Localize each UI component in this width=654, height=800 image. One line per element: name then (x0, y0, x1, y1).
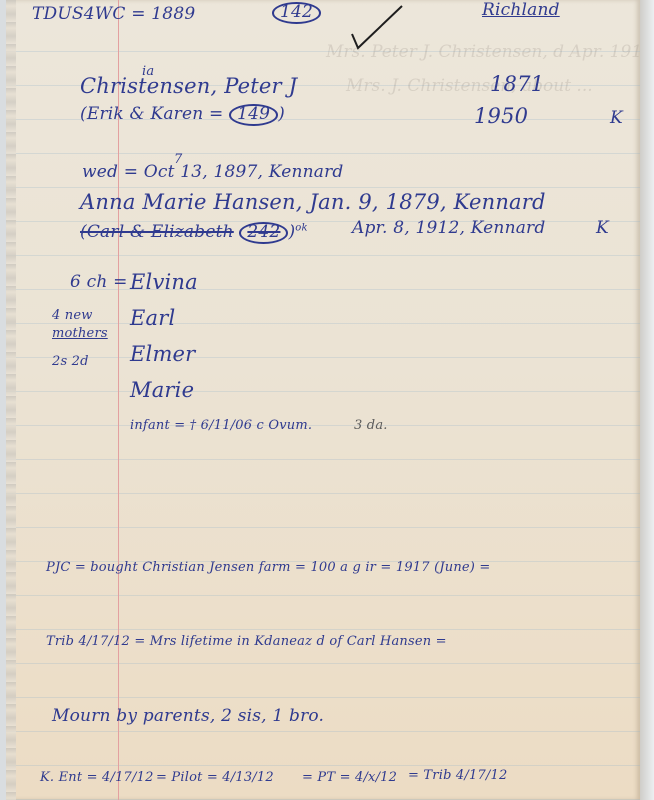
scan-background-right (640, 0, 654, 800)
spouse-death-line: Apr. 8, 1912, Kennard (352, 218, 545, 238)
subject-name-text: Christensen, Peter J (80, 74, 297, 98)
children-count-label: 6 ch = (70, 272, 128, 292)
record-number: 142 (272, 2, 321, 24)
spouse-parents-ref: 242 (239, 222, 288, 244)
children-side-note: 4 new (52, 308, 93, 323)
location: Richland (482, 0, 560, 20)
children-side-note: mothers (52, 326, 108, 341)
infant-pencil-note: 3 da. (354, 418, 388, 433)
child-name: Marie (130, 378, 194, 402)
record-number-circle: 142 (272, 2, 321, 24)
subject-name: Christensen, Peter J (80, 74, 297, 98)
parents-ref-circle: 149 (229, 104, 278, 126)
children-side-note: 2s 2d (52, 354, 89, 369)
child-name: Elvina (130, 270, 198, 294)
bleed-through-text: Mrs. J. Christensen, about ... (346, 76, 593, 96)
infant-line: infant = † 6/11/06 c Ovum. (130, 418, 312, 433)
spouse-parents: (Carl & Elizabeth 242)ok (80, 222, 308, 244)
record-card: Mrs. Peter J. Christensen, d Apr. 1912 M… (6, 0, 640, 800)
birth-year: 1871 (490, 72, 544, 96)
parents-text: (Erik & Karen = (80, 104, 223, 124)
child-name: Earl (130, 306, 175, 330)
spouse-name-line: Anna Marie Hansen, Jan. 9, 1879, Kennard (80, 190, 546, 214)
name-insert: ia (142, 64, 154, 79)
torn-perforated-edge (6, 0, 16, 800)
spouse-parents-text: (Carl & Elizabeth (80, 222, 234, 242)
death-mark: K (610, 108, 623, 128)
footer-entry: = Pilot = 4/13/12 (156, 770, 274, 785)
footer-entry: = PT = 4/x/12 (302, 770, 397, 785)
footer-entry: K. Ent = 4/17/12 (40, 770, 154, 785)
checkmark-icon (346, 4, 406, 50)
child-name: Elmer (130, 342, 195, 366)
note-line: Mourn by parents, 2 sis, 1 bro. (52, 706, 324, 726)
ok-mark: ok (295, 222, 307, 233)
note-line: Trib 4/17/12 = Mrs lifetime in Kdaneaz d… (46, 634, 447, 649)
note-line: PJC = bought Christian Jensen farm = 100… (46, 560, 491, 575)
footer-entry: = Trib 4/17/12 (408, 768, 507, 783)
death-year: 1950 (474, 104, 528, 128)
reference-code: TDUS4WC = 1889 (32, 4, 195, 24)
parents-close: ) (278, 104, 285, 124)
subject-parents: (Erik & Karen = 149) (80, 104, 285, 126)
marriage-line: wed = Oct 13, 1897, Kennard (82, 162, 344, 182)
spouse-death-mark: K (596, 218, 609, 238)
